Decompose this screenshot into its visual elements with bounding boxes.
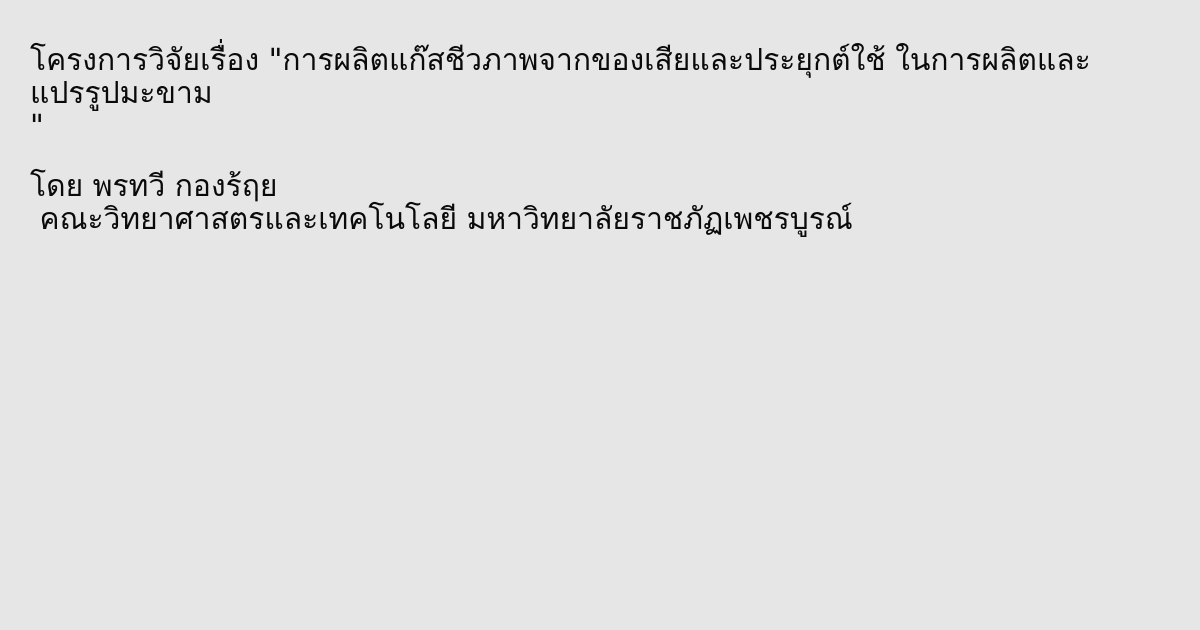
research-title-closing-quote: " (30, 110, 1172, 143)
research-title-line1: โครงการวิจัยเรื่อง "การผลิตแก๊สชีวภาพจาก… (30, 44, 1172, 110)
affiliation-line: คณะวิทยาศาสตรและเทคโนโลยี มหาวิทยาลัยราช… (30, 203, 1172, 236)
byline-block: โดย พรทวี กองร้ฤย คณะวิทยาศาสตรและเทคโนโ… (30, 170, 1172, 236)
page: { "page": { "background_color": "#e6e6e6… (0, 0, 1200, 630)
author-line: โดย พรทวี กองร้ฤย (30, 170, 1172, 203)
research-project-title: โครงการวิจัยเรื่อง "การผลิตแก๊สชีวภาพจาก… (30, 44, 1172, 143)
research-card: โครงการวิจัยเรื่อง "การผลิตแก๊สชีวภาพจาก… (0, 0, 1200, 630)
